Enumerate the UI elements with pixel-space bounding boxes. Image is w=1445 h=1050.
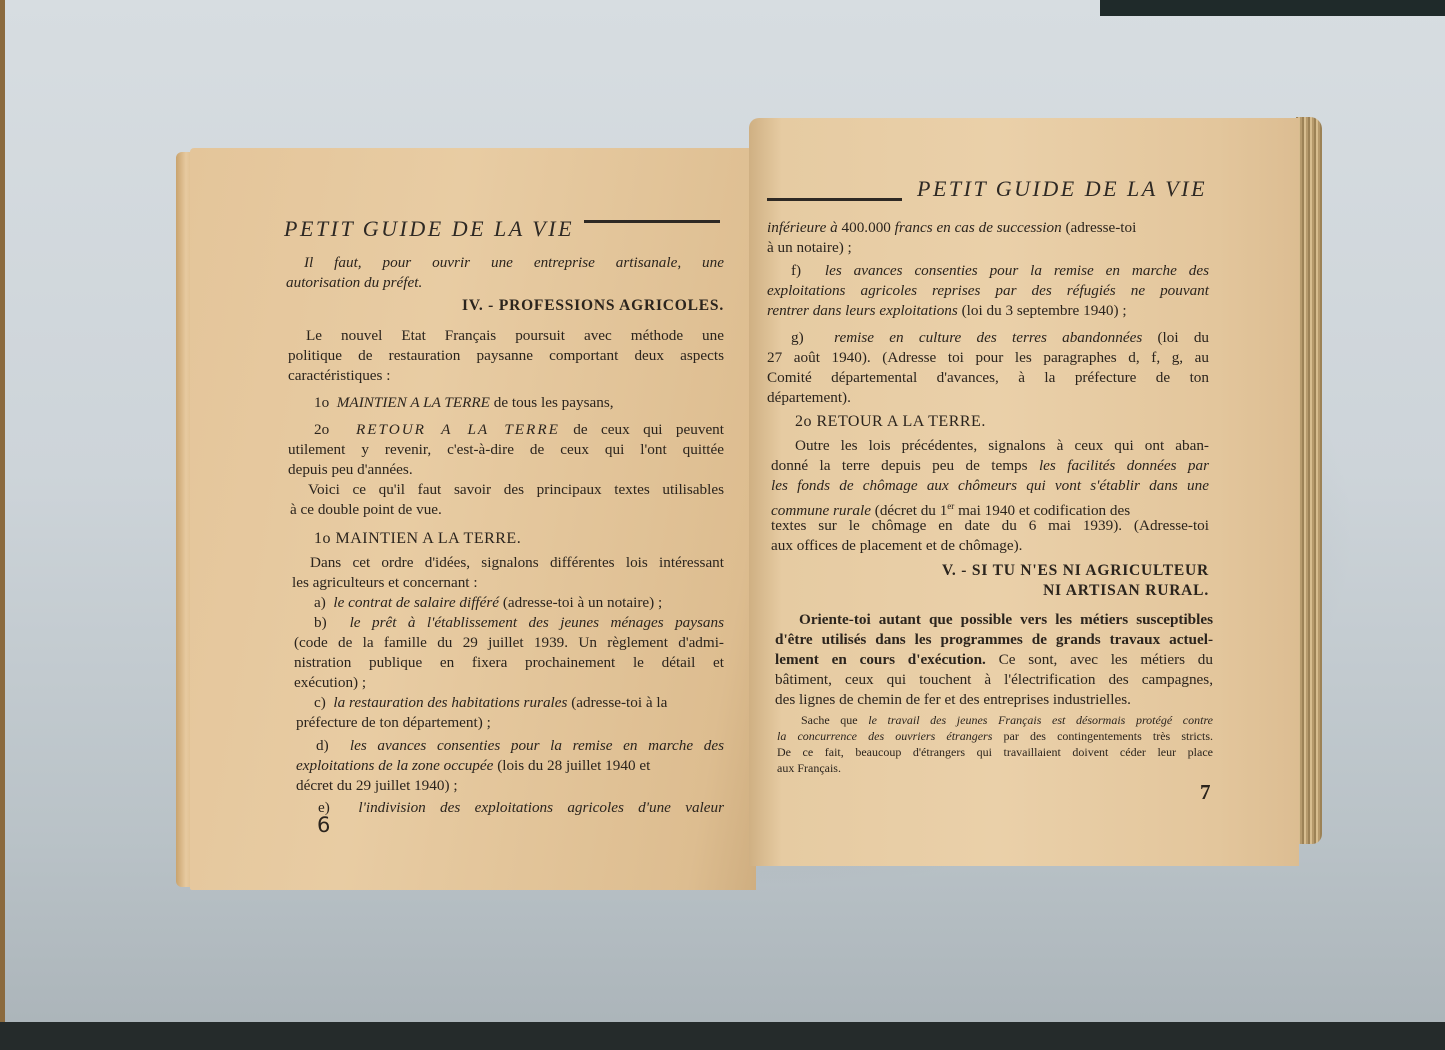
list-item-c: c) la restauration des habitations rural…	[314, 693, 724, 713]
paragraph-line: des lignes de chemin de fer et des entre…	[775, 690, 1131, 710]
paragraph-line: bâtiment, ceux qui touchent à l'électrif…	[775, 670, 1213, 690]
paragraph-line: nistration publique en fixera prochainem…	[294, 653, 724, 673]
list-item-e: e) l'indivision des exploitations agrico…	[318, 798, 724, 818]
paragraph-line: exploitations de la zone occupée (lois d…	[296, 756, 724, 776]
list-item: 2o RETOUR A LA TERRE de ceux qui peuvent	[314, 420, 724, 440]
running-head: PETIT GUIDE DE LA VIE	[284, 216, 574, 242]
bold-paragraph-line: d'être utilisés dans les programmes de g…	[775, 630, 1213, 650]
paragraph-line: Outre les lois précédentes, signalons à …	[795, 436, 1209, 456]
paragraph-line: textes sur le chômage en date du 6 mai 1…	[771, 516, 1209, 536]
item-number: 2o	[314, 421, 329, 438]
section-heading: IV. - PROFESSIONS AGRICOLES.	[420, 296, 724, 316]
item-text: de tous les paysans,	[490, 394, 614, 411]
intro-line: autorisation du préfet.	[286, 273, 422, 293]
intro-line: Il faut, pour ouvrir une entreprise arti…	[286, 253, 724, 273]
paragraph-line: les agriculteurs et concernant :	[292, 573, 478, 593]
scan-edge-top	[1100, 0, 1445, 16]
sub-heading: 2o RETOUR A LA TERRE.	[795, 412, 986, 432]
paragraph-line: Dans cet ordre d'idées, signalons différ…	[310, 553, 724, 573]
paragraph-line: depuis peu d'années.	[288, 460, 413, 480]
left-page: PETIT GUIDE DE LA VIE Il faut, pour ouvr…	[190, 148, 756, 890]
page-number: 6	[317, 813, 330, 837]
list-item-d: d) les avances consenties pour la remise…	[316, 736, 724, 756]
paragraph-line: (code de la famille du 29 juillet 1939. …	[294, 633, 724, 653]
header-rule	[584, 220, 720, 223]
list-item-a: a) le contrat de salaire différé (adress…	[314, 593, 662, 613]
paragraph-line: donné la terre depuis peu de temps les f…	[771, 456, 1209, 476]
item-emphasis: RETOUR A LA TERRE	[356, 421, 560, 438]
paragraph-line: préfecture de ton département) ;	[296, 713, 491, 733]
bold-paragraph-line: Oriente-toi autant que possible vers les…	[799, 610, 1213, 630]
item-emphasis: MAINTIEN A LA TERRE	[337, 394, 490, 411]
paragraph-line: exploitations agricoles reprises par des…	[767, 281, 1209, 301]
scan-edge-bottom	[0, 1022, 1445, 1050]
paragraph-line: Comité départemental d'avances, à la pré…	[767, 368, 1209, 388]
list-item-b: b) le prêt à l'établissement des jeunes …	[314, 613, 724, 633]
paragraph-line: lement en cours d'exécution. Ce sont, av…	[775, 650, 1213, 670]
paragraph-line: rentrer dans leurs exploitations (loi du…	[767, 301, 1127, 321]
list-item-f: f) les avances consenties pour la remise…	[791, 261, 1209, 281]
paragraph-line: utilement y revenir, c'est-à-dire de ceu…	[288, 440, 724, 460]
page-block-right	[1296, 117, 1322, 844]
paragraph-line: Voici ce qu'il faut savoir des principau…	[308, 480, 724, 500]
paragraph-line: à un notaire) ;	[767, 238, 852, 258]
paragraph-line: inférieure à 400.000 francs en cas de su…	[767, 218, 1209, 238]
paragraph-line: 27 août 1940). (Adresse toi pour les par…	[767, 348, 1209, 368]
small-paragraph-line: la concurrence des ouvriers étrangers pa…	[777, 728, 1213, 744]
paragraph-line: département).	[767, 388, 851, 408]
small-paragraph-line: De ce fait, beaucoup d'étrangers qui tra…	[777, 744, 1213, 760]
section-heading: V. - SI TU N'ES NI AGRICULTEUR	[909, 561, 1209, 581]
item-text: de ceux qui peuvent	[560, 421, 724, 438]
page-number: 7	[1200, 780, 1211, 805]
list-item: 1o MAINTIEN A LA TERRE de tous les paysa…	[314, 393, 614, 413]
right-page: PETIT GUIDE DE LA VIE inférieure à 400.0…	[749, 118, 1299, 866]
paragraph-line: les fonds de chômage aux chômeurs qui vo…	[771, 476, 1209, 496]
scan-edge-left	[0, 0, 5, 1050]
paragraph-line: aux offices de placement et de chômage).	[771, 536, 1022, 556]
list-item-g: g) remise en culture des terres abandonn…	[791, 328, 1209, 348]
small-paragraph-line: aux Français.	[777, 760, 841, 776]
paragraph-line: politique de restauration paysanne compo…	[288, 346, 724, 366]
paragraph-line: décret du 29 juillet 1940) ;	[296, 776, 458, 796]
paragraph-line: caractéristiques :	[288, 366, 390, 386]
small-paragraph-line: Sache que le travail des jeunes Français…	[801, 712, 1213, 728]
sub-heading: 1o MAINTIEN A LA TERRE.	[314, 529, 521, 549]
header-rule	[767, 198, 902, 201]
item-number: 1o	[314, 394, 329, 411]
paragraph-line: exécution) ;	[294, 673, 366, 693]
running-head: PETIT GUIDE DE LA VIE	[917, 176, 1207, 202]
paragraph-line: Le nouvel Etat Français poursuit avec mé…	[306, 326, 724, 346]
section-heading: NI ARTISAN RURAL.	[909, 581, 1209, 601]
paragraph-line: à ce double point de vue.	[290, 500, 442, 520]
